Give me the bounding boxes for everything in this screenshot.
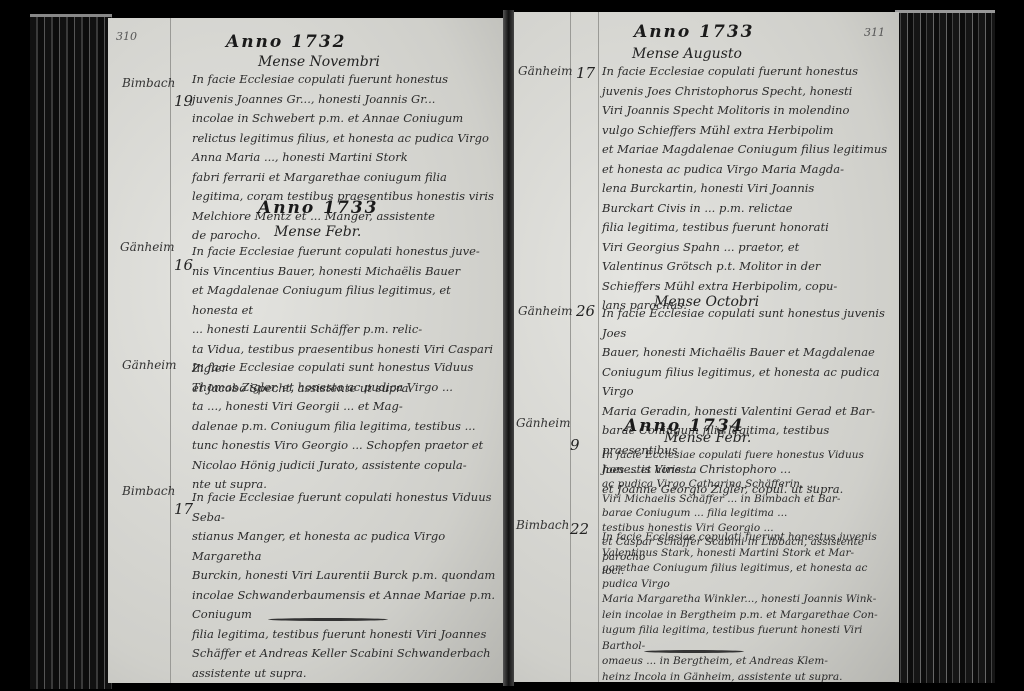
entry-day: 19 — [174, 92, 193, 110]
entry-place: Bimbach — [516, 518, 569, 532]
year-heading: Anno 1732 — [226, 32, 346, 52]
entry-day: 9 — [570, 436, 580, 454]
entry-place: Gänheim — [518, 64, 573, 78]
margin-rule — [170, 18, 171, 683]
margin-rule — [570, 12, 571, 682]
entry-day: 17 — [174, 500, 193, 518]
page-number: 310 — [116, 30, 137, 43]
page-number: 311 — [864, 26, 885, 39]
entry-place: Gänheim — [518, 304, 573, 318]
entry-place: Bimbach — [122, 484, 175, 498]
register-entry: In facie Ecclesiae copulati fuerunt hone… — [602, 530, 894, 682]
book-gutter — [503, 10, 514, 686]
closing-flourish — [268, 618, 388, 621]
register-entry: In facie Ecclesiae fuerunt copulati hone… — [192, 488, 497, 683]
month-heading: Mense Febr. — [664, 430, 751, 446]
right-page: 311 Anno 1733 Mense Augusto Gänheim 17 I… — [514, 12, 899, 682]
entry-place: Gänheim — [516, 416, 571, 430]
register-entry: In facie Ecclesiae copulati fuerunt hone… — [192, 70, 497, 246]
left-page-edges — [30, 14, 112, 689]
register-entry: In facie Ecclesiae copulati fuerunt hone… — [602, 62, 894, 316]
month-heading: Mense Febr. — [274, 224, 361, 240]
register-entry: In facie Ecclesiae copulati sunt honestu… — [192, 358, 497, 495]
right-page-edges — [895, 10, 995, 683]
entry-day: 26 — [576, 302, 595, 320]
closing-flourish — [644, 650, 744, 653]
entry-place: Gänheim — [120, 240, 175, 254]
month-heading: Mense Augusto — [632, 46, 742, 62]
entry-day: 22 — [570, 520, 589, 538]
entry-day: 17 — [576, 64, 595, 82]
year-heading: Anno 1733 — [258, 198, 378, 218]
open-register-book: 310 Anno 1732 Mense Novembri Bimbach 19 … — [0, 0, 1024, 691]
month-heading: Mense Novembri — [258, 54, 380, 70]
entry-day: 16 — [174, 256, 193, 274]
year-heading: Anno 1733 — [634, 22, 754, 42]
left-page: 310 Anno 1732 Mense Novembri Bimbach 19 … — [108, 18, 503, 683]
entry-place: Gänheim — [122, 358, 177, 372]
entry-place: Bimbach — [122, 76, 175, 90]
day-rule — [598, 12, 599, 682]
